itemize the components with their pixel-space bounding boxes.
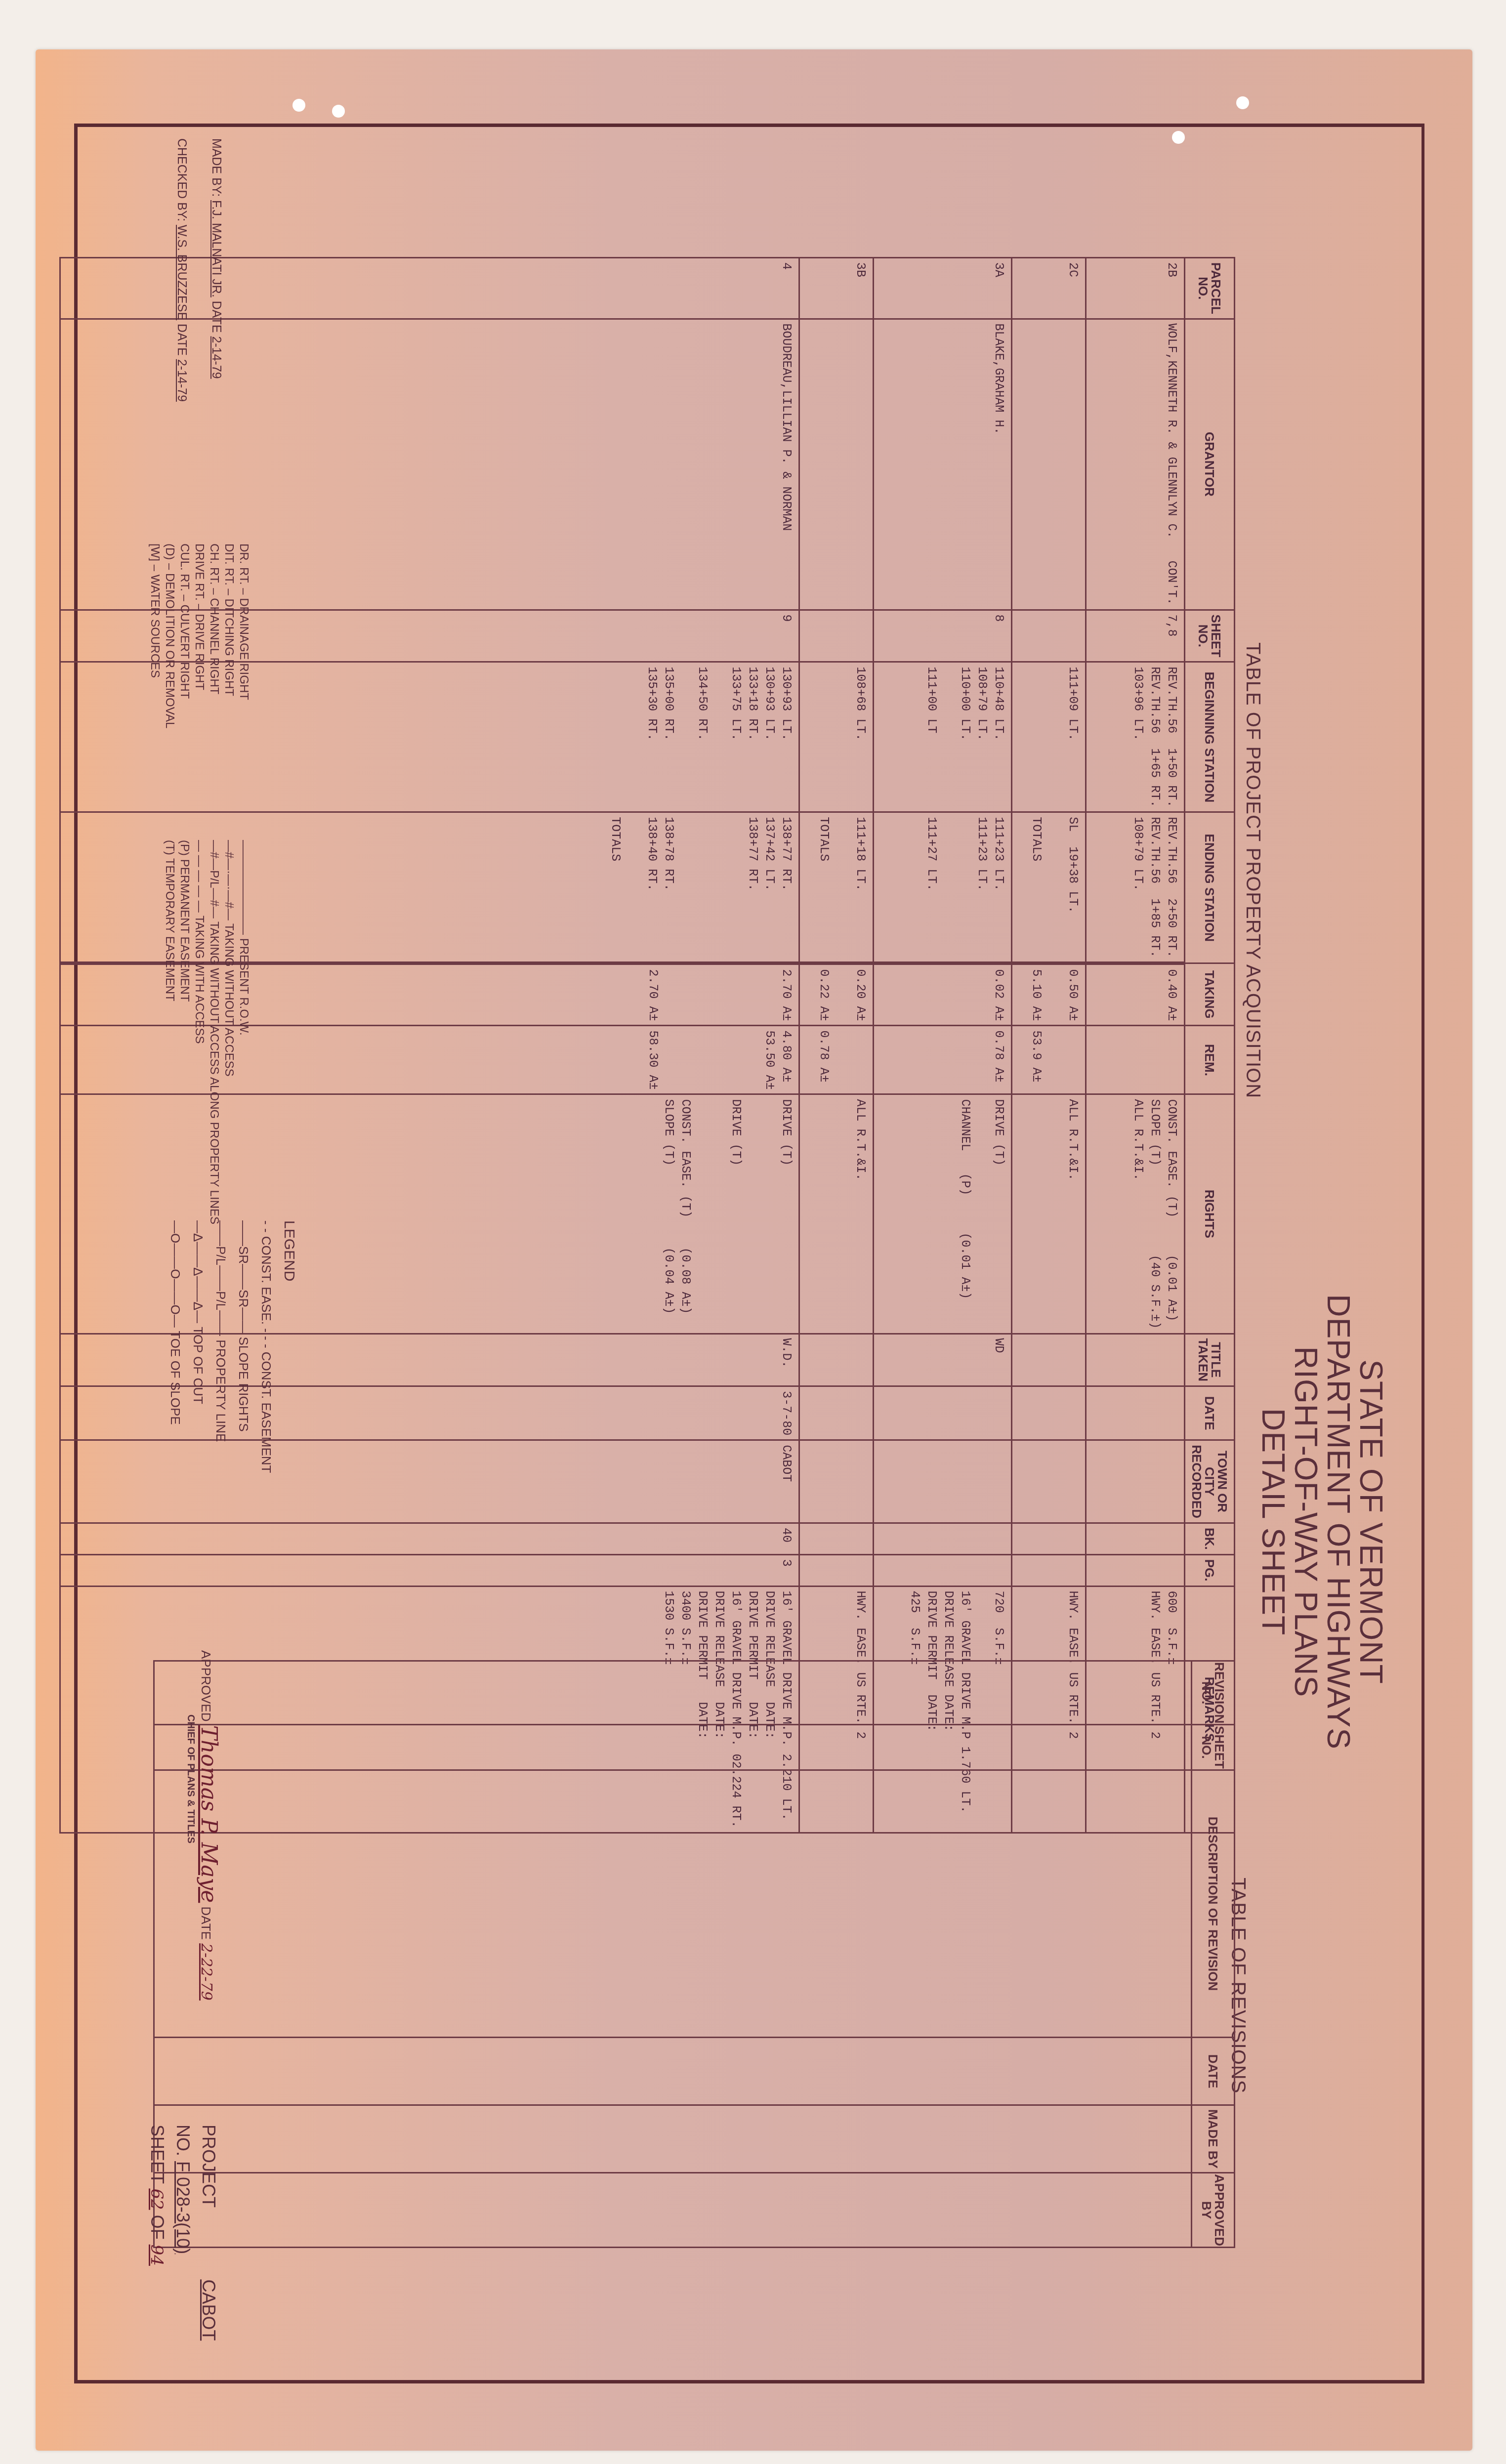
column-header: APPROVED BY <box>1192 2173 1235 2248</box>
rem <box>1086 1026 1185 1094</box>
abbreviation: (D) – DEMOLITION OR REMOVAL <box>162 543 177 728</box>
line-label: TAKING WITHOUT ACCESS <box>222 923 236 1077</box>
ending-station: REV.TH.56 2+50 RT. REV.TH.56 1+85 RT. 10… <box>1086 812 1185 963</box>
title-line: DEPARTMENT OF HIGHWAYS <box>1322 1275 1355 1769</box>
ending-station-value: 138+77 RT. 137+42 LT. 138+77 RT. 138+78 … <box>643 817 795 958</box>
column-header: PARCEL NO. <box>1185 258 1235 319</box>
rights: ALL R.T.&I. <box>1012 1094 1086 1334</box>
taking: 0.20 A±0.22 A± <box>799 963 874 1026</box>
legend-label: SLOPE RIGHTS <box>236 1336 251 1431</box>
grantor: BLAKE,GRAHAM H. <box>874 319 1012 610</box>
legend-row: (P) PERMANENT EASEMENT <box>177 840 192 1224</box>
made-by-label: MADE BY: <box>209 138 223 197</box>
legend-row: —Δ——Δ——Δ— TOP OF CUT <box>187 1220 209 1473</box>
signoff-block: MADE BY: F.J. MALNATI JR. DATE 2-14-79 C… <box>172 138 226 402</box>
line-symbol: (P) <box>178 840 191 856</box>
checked-date-label: DATE <box>175 324 189 356</box>
totals-label: TOTALS <box>815 817 832 958</box>
book <box>1012 1523 1086 1554</box>
sheet-title-block: STATE OF VERMONT DEPARTMENT OF HIGHWAYS … <box>1257 1275 1387 1769</box>
column-header: DATE <box>1192 2038 1235 2105</box>
abbreviation: [W] – WATER SOURCES <box>147 543 162 728</box>
parcel-no: 3B <box>799 258 874 319</box>
project-name: CABOT <box>196 2212 221 2340</box>
column-header: TITLE TAKEN <box>1185 1334 1235 1386</box>
title-line: RIGHT-OF-WAY PLANS <box>1290 1275 1322 1769</box>
sheet-no: 7,8 <box>1086 610 1185 662</box>
sheet-number: 62 <box>147 2188 167 2210</box>
empty-revision-row <box>154 1661 1192 2248</box>
title-line: STATE OF VERMONT <box>1355 1275 1387 1769</box>
grantor: WOLF,KENNETH R. & GLENNLYN C. CON'T. <box>1086 319 1185 610</box>
column-header: BEGINNING STATION <box>1185 662 1235 812</box>
legend-row: — — — — — TAKING WITH ACCESS <box>192 840 207 1224</box>
approved-label: APPROVED <box>199 1650 213 1722</box>
ending-station: 111+18 LT.TOTALS <box>799 812 874 963</box>
column-header: REM. <box>1185 1026 1235 1094</box>
taking: 0.50 A±5.10 A± <box>1012 963 1086 1026</box>
date <box>1086 1386 1185 1440</box>
of-label: OF <box>147 2215 167 2240</box>
date <box>874 1386 1012 1440</box>
legend-label: TOP OF CUT <box>191 1327 206 1404</box>
legend-row: ———————— PRESENT R.O.W. <box>236 840 251 1224</box>
line-label: TAKING WITHOUT ACCESS ALONG PROPERTY LIN… <box>208 921 221 1224</box>
column-header: ENDING STATION <box>1185 812 1235 963</box>
checked-by-label: CHECKED BY: <box>175 138 189 221</box>
legend-symbol: —O——O——O— <box>168 1220 183 1328</box>
sheet-no <box>799 610 874 662</box>
taking-value: 0.20 A± <box>852 969 869 1021</box>
column-header: TAKING <box>1185 963 1235 1026</box>
rights: ALL R.T.&I. <box>799 1094 874 1334</box>
sheet-line: SHEET 62 OF 94 <box>144 2125 170 2340</box>
table-header-row: REVISION NO. SHEET NO. DESCRIPTION OF RE… <box>1192 1661 1235 2248</box>
page <box>874 1554 1012 1586</box>
town-recorded <box>799 1440 874 1523</box>
beginning-station: 110+48 LT. 108+79 LT. 110+00 LT. 111+00 … <box>874 662 1012 812</box>
legend-symbol: ——SR——SR—— <box>236 1220 251 1333</box>
legend-row: ——SR——SR—— SLOPE RIGHTS <box>232 1220 255 1473</box>
project-label: PROJECT <box>199 2125 219 2207</box>
date <box>799 1386 874 1440</box>
project-no-line: NO. F 028-3(10) <box>170 2125 196 2340</box>
beginning-station: 108+68 LT. <box>799 662 874 812</box>
ending-station: 111+23 LT. 111+23 LT. 111+27 LT. <box>874 812 1012 963</box>
column-header: BK. <box>1185 1523 1235 1554</box>
book <box>1086 1523 1185 1554</box>
town-recorded <box>1086 1440 1185 1523</box>
legend-label: CONST. EASEMENT <box>259 1352 274 1473</box>
column-header: DATE <box>1185 1386 1235 1440</box>
abbreviation: DR. RT. – DRAINAGE RIGHT <box>236 543 251 728</box>
line-label: TEMPORARY EASEMENT <box>163 858 176 1002</box>
legend-row: ——P/L——P/L—— PROPERTY LINE <box>209 1220 232 1473</box>
totals-rem: 53.9 A± <box>1028 1030 1045 1089</box>
project-line: PROJECT CABOT <box>196 2125 221 2340</box>
title-line: DETAIL SHEET <box>1257 1275 1290 1769</box>
legend-symbol: - - CONST. EASE. - - - <box>259 1220 274 1348</box>
abbreviation: DIT. RT. – DITCHING RIGHT <box>221 543 236 728</box>
page <box>1086 1554 1185 1586</box>
table-row: 3B 108+68 LT. 111+18 LT.TOTALS 0.20 A±0.… <box>799 258 874 1833</box>
legend-symbol: ——P/L——P/L—— <box>213 1220 228 1336</box>
column-header: MADE BY <box>1192 2105 1235 2172</box>
column-header: PG. <box>1185 1554 1235 1586</box>
approved-date: 2-22-79 <box>198 1943 215 2001</box>
title-taken <box>799 1334 874 1386</box>
parcel-no: 2C <box>1012 258 1086 319</box>
totals-rem: 0.78 A± <box>815 1030 832 1089</box>
page <box>799 1554 874 1586</box>
grantor <box>799 319 874 610</box>
project-number: F 028-3(10) <box>173 2161 193 2254</box>
table-row: 3A BLAKE,GRAHAM H. 8 110+48 LT. 108+79 L… <box>874 258 1012 1833</box>
ending-station-value: SL 19+38 LT. <box>1064 817 1081 958</box>
checked-by-line: CHECKED BY: W.S. BRUZZESE DATE 2-14-79 <box>172 138 192 402</box>
ending-station: SL 19+38 LT.TOTALS <box>1012 812 1086 963</box>
line-symbol: —#—P/L—#— <box>208 840 221 919</box>
acquisition-table-caption: TABLE OF PROJECT PROPERTY ACQUISITION <box>1242 642 1264 1098</box>
sheet-label: SHEET <box>147 2125 167 2183</box>
beginning-station: 111+09 LT. <box>1012 662 1086 812</box>
project-block: PROJECT CABOT NO. F 028-3(10) SHEET 62 O… <box>144 2125 221 2340</box>
approved-date-label: DATE <box>199 1907 213 1940</box>
legend-row: —#—·—·—#— TAKING WITHOUT ACCESS <box>221 840 236 1224</box>
checked-by-name: W.S. BRUZZESE <box>175 225 189 320</box>
line-label: PRESENT R.O.W. <box>237 938 251 1036</box>
line-symbol: ———————— <box>237 840 251 935</box>
town-recorded <box>1012 1440 1086 1523</box>
sheet-no <box>1012 610 1086 662</box>
approver-signature: Thomas P. Maye <box>196 1725 221 1903</box>
made-by-name: F.J. MALNATI JR. <box>209 200 223 297</box>
line-label: TAKING WITH ACCESS <box>193 916 206 1044</box>
page <box>1012 1554 1086 1586</box>
totals-label: TOTALS <box>1028 817 1045 958</box>
taking: 0.02 A± <box>874 963 1012 1026</box>
table-row: 2C 111+09 LT. SL 19+38 LT.TOTALS 0.50 A±… <box>1012 258 1086 1833</box>
approval-block: APPROVED Thomas P. Maye DATE 2-22-79 CHI… <box>185 1650 221 2001</box>
line-symbol: —#—·—·—#— <box>222 840 236 920</box>
abbreviation: CH. RT. – CHANNEL RIGHT <box>207 543 221 728</box>
legend-label: PROPERTY LINE <box>213 1339 228 1442</box>
checked-date: 2-14-79 <box>175 359 189 402</box>
rem: 0.78 A± <box>874 1026 1012 1094</box>
ending-station-value: 111+18 LT. <box>852 817 869 958</box>
table-row: 2B WOLF,KENNETH R. & GLENNLYN C. CON'T. … <box>1086 258 1185 1833</box>
grantor <box>1012 319 1086 610</box>
revisions-table: REVISION NO. SHEET NO. DESCRIPTION OF RE… <box>153 1660 1235 2248</box>
approver-role: CHIEF OF PLANS & TITLES <box>185 1714 196 2001</box>
totals-taking: 5.10 A± <box>1028 969 1045 1021</box>
legend-row: - - CONST. EASE. - - - CONST. EASEMENT <box>255 1220 278 1473</box>
made-by-line: MADE BY: F.J. MALNATI JR. DATE 2-14-79 <box>207 138 226 402</box>
town-recorded <box>874 1440 1012 1523</box>
book: 40 <box>60 1523 799 1554</box>
rem-value: 4.80 A± 53.50 A± <box>761 1030 795 1089</box>
sheet-no: 8 <box>874 610 1012 662</box>
abbreviations-list: DR. RT. – DRAINAGE RIGHT DIT. RT. – DITC… <box>147 543 251 728</box>
taking-value: 0.50 A± <box>1064 969 1081 1021</box>
title-taken <box>1086 1334 1185 1386</box>
legend-row: —O——O——O— TOE OF SLOPE <box>164 1220 187 1473</box>
book <box>799 1523 874 1554</box>
rights: CONST. EASE. (T) (0.01 A±) SLOPE (T) (40… <box>1086 1094 1185 1334</box>
parcel-no: 2B <box>1086 258 1185 319</box>
taking-value: 2.70 A± <box>778 969 795 1021</box>
column-header: RIGHTS <box>1185 1094 1235 1334</box>
legend-row: —#—P/L—#— TAKING WITHOUT ACCESS ALONG PR… <box>207 840 221 1224</box>
abbreviation: DRIVE RT. – DRIVE RIGHT <box>192 543 207 728</box>
line-type-legend: ———————— PRESENT R.O.W. —#—·—·—#— TAKING… <box>162 840 251 1224</box>
line-symbol: — — — — — <box>193 840 206 913</box>
column-header: SHEET NO. <box>1192 1725 1235 1770</box>
title-taken: WD <box>874 1334 1012 1386</box>
column-header: DESCRIPTION OF REVISION <box>1192 1770 1235 2037</box>
made-date-label: DATE <box>209 301 223 333</box>
legend-row: (T) TEMPORARY EASEMENT <box>162 840 177 1224</box>
row-detail-sheet: STATE OF VERMONT DEPARTMENT OF HIGHWAYS … <box>0 0 1506 2464</box>
rights: DRIVE (T) CHANNEL (P) (0.01 A±) <box>874 1094 1012 1334</box>
title-taken <box>1012 1334 1086 1386</box>
totals-label: TOTALS <box>607 817 624 958</box>
made-date: 2-14-79 <box>209 336 223 379</box>
line-symbol: (T) <box>163 840 176 855</box>
legend-label: TOE OF SLOPE <box>168 1331 183 1424</box>
page: 3 <box>60 1554 799 1586</box>
totals-taking: 2.70 A± <box>644 969 661 1021</box>
rem: 0.78 A± <box>799 1026 874 1094</box>
legend: LEGEND - - CONST. EASE. - - - CONST. EAS… <box>164 1220 300 1473</box>
rem: 53.9 A± <box>1012 1026 1086 1094</box>
date <box>1012 1386 1086 1440</box>
column-header: TOWN OR CITY RECORDED <box>1185 1440 1235 1523</box>
column-header: SHEET NO. <box>1185 610 1235 662</box>
parcel-no: 4 <box>60 258 799 319</box>
column-header: GRANTOR <box>1185 319 1235 610</box>
line-label: PERMANENT EASEMENT <box>178 859 191 1002</box>
book <box>874 1523 1012 1554</box>
taking: 0.40 A± <box>1086 963 1185 1026</box>
beginning-station: REV.TH.56 1+50 RT. REV.TH.56 1+65 RT. 10… <box>1086 662 1185 812</box>
totals-rem: 58.30 A± <box>644 1030 661 1089</box>
abbreviation: CUL. RT. – CULVERT RIGHT <box>177 543 192 728</box>
column-header: REVISION NO. <box>1192 1661 1235 1725</box>
legend-symbol: —Δ——Δ——Δ— <box>191 1220 206 1323</box>
totals-taking: 0.22 A± <box>815 969 832 1021</box>
table-header-row: PARCEL NO. GRANTOR SHEET NO. BEGINNING S… <box>1185 258 1235 1833</box>
sheet-total: 94 <box>147 2245 167 2266</box>
parcel-no: 3A <box>874 258 1012 319</box>
project-no-label: NO. <box>173 2125 193 2156</box>
legend-title: LEGEND <box>278 1220 300 1473</box>
